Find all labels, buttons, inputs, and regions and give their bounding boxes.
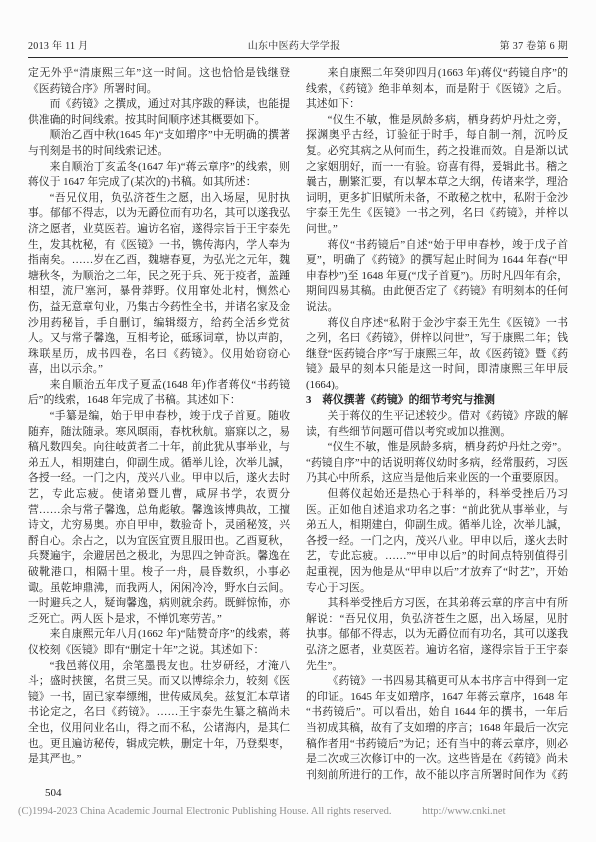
paragraph: 顺治乙酉中秋(1645 年)“支如璔序”中无明确的撰著与刊刻是书的时间线索记述。 <box>28 128 290 159</box>
paragraph: 定无外乎“清康熙三年”这一时间。这也恰恰是钱继登《医药镜合序》所署时间。 <box>28 66 290 97</box>
header-date: 2013 年 11 月 <box>28 37 88 52</box>
journal-title: 山东中医药大学学报 <box>248 37 341 52</box>
page-number: 504 <box>45 787 62 799</box>
paragraph: 蒋仪自序述“私附于金沙宇泰王先生《医镜》一书之列，名曰《药镜》，併梓以问世”，写… <box>306 316 568 394</box>
footer-url: http://www.cnki.net <box>422 806 505 817</box>
right-column: 来自康熙二年癸卯四月(1663 年)蒋仪“药镜自序”的线索，《药镜》绝非单刻本，… <box>306 66 568 782</box>
paragraph: 来自康熙二年癸卯四月(1663 年)蒋仪“药镜自序”的线索，《药镜》绝非单刻本，… <box>306 66 568 113</box>
journal-page: 2013 年 11 月 山东中医药大学学报 第 37 卷第 6 期 定无外乎“清… <box>0 0 596 842</box>
paragraph: 蒋仪“书药镜后”自述“始于甲申春杪，竣于戊子首夏”，明确了《药镜》的撰写起止时间… <box>306 238 568 316</box>
paragraph: 而《药镜》之撰成，通过对其序跋的释读，也能提供准确的时间线索。按其时间顺序述其概… <box>28 97 290 128</box>
section-heading: 3 蒋仪撰著《药镜》的细节考究与推测 <box>306 393 568 409</box>
paragraph: 《药镜》一书四易其稿更可从本书序言中得到一定的印证。1645 年支如璔序，164… <box>306 674 568 782</box>
article-body: 定无外乎“清康熙三年”这一时间。这也恰恰是钱继登《医药镜合序》所署时间。而《药镜… <box>28 66 568 782</box>
paragraph: “我邑蒋仪用，余笔墨畏友也。壮岁研经，才淹八斗；盛时挟箧，名贯三吴。而又以博综余… <box>28 659 290 768</box>
paragraph: “仪生不敏，惟是夙龄多病，栖身药炉丹灶之旁，探渊奥乎古经，订验征于时手，每自制一… <box>306 113 568 238</box>
paragraph: 关于蒋仪的生平记述较少。借对《药镜》序跋的解读，有些细节问题可借以考究或加以推测… <box>306 409 568 440</box>
issue-info: 第 37 卷第 6 期 <box>500 37 568 52</box>
footer-copyright: (C)1994-2023 China Academic Journal Elec… <box>18 806 392 817</box>
paragraph: 来自顺治丁亥孟冬(1647 年)“蒋云章序”的线索，则蒋仪于 1647 年完成了… <box>28 160 290 191</box>
paragraph: 其科举受挫后方习医，在其弟蒋云章的序言中有所解说：“吾兄仪用，负弘济苍生之愿，出… <box>306 596 568 674</box>
paragraph: “手纂是编，始于甲申春杪，竣于戊子首夏。随收随弃，随汰随录。寒风暝雨，春枕秋航。… <box>28 409 290 627</box>
page-header: 2013 年 11 月 山东中医药大学学报 第 37 卷第 6 期 <box>28 37 568 58</box>
left-column: 定无外乎“清康熙三年”这一时间。这也恰恰是钱继登《医药镜合序》所署时间。而《药镜… <box>28 66 290 782</box>
page-footer: (C)1994-2023 China Academic Journal Elec… <box>18 806 578 817</box>
paragraph: “仪生不敏，惟是夙龄多病，栖身药炉丹灶之旁”。“药镜自序”中的话说明蒋仪幼时多病… <box>306 440 568 487</box>
paragraph: 来自顺治五年戊子夏孟(1648 年)作者蒋仪“书药镜后”的线索，1648 年完成… <box>28 378 290 409</box>
paragraph: 来自康熙元年八月(1662 年)“陆赞奇序”的线索，蒋仪校刻《医镜》即有“删定十… <box>28 627 290 658</box>
paragraph: 但蒋仪起始还是热心于科举的，科举受挫后乃习医。正如他自述追求功名之事：“前此犹从… <box>306 487 568 596</box>
paragraph: “吾兄仪用，负弘济苍生之愿，出入场屋，见肘执事。郁郁不得志，以为无爵位而有功名，… <box>28 191 290 378</box>
